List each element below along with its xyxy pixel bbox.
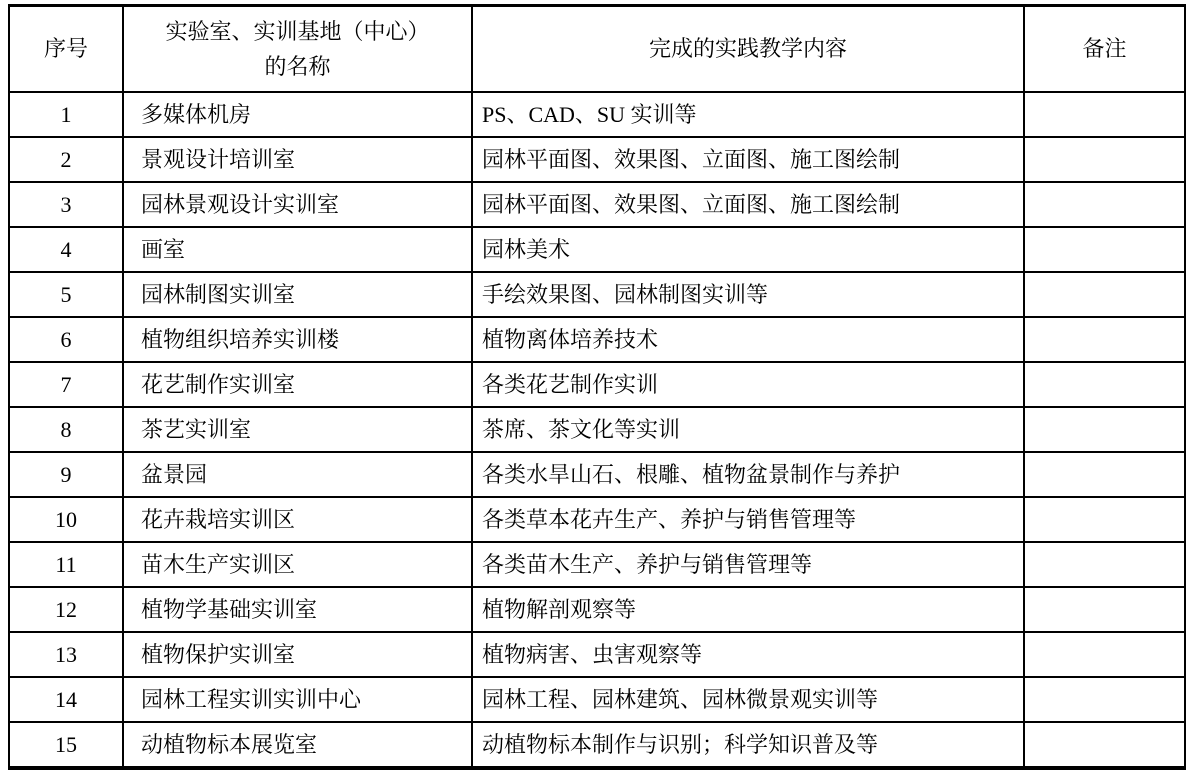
table-header: 序号 实验室、实训基地（中心） 的名称 完成的实践教学内容 备注 [9, 6, 1185, 93]
row-no: 14 [9, 677, 123, 722]
row-no: 10 [9, 497, 123, 542]
row-remark [1024, 92, 1185, 137]
table-row: 8 茶艺实训室 茶席、茶文化等实训 [9, 407, 1185, 452]
table-row: 11 苗木生产实训区 各类苗木生产、养护与销售管理等 [9, 542, 1185, 587]
row-content: 植物离体培养技术 [472, 317, 1024, 362]
row-remark [1024, 227, 1185, 272]
row-name: 画室 [123, 227, 472, 272]
table-body: 1 多媒体机房 PS、CAD、SU 实训等 2 景观设计培训室 园林平面图、效果… [9, 92, 1185, 768]
header-content: 完成的实践教学内容 [472, 6, 1024, 93]
header-remark: 备注 [1024, 6, 1185, 93]
row-content: 园林美术 [472, 227, 1024, 272]
row-no: 7 [9, 362, 123, 407]
header-row: 序号 实验室、实训基地（中心） 的名称 完成的实践教学内容 备注 [9, 6, 1185, 93]
table-row: 13 植物保护实训室 植物病害、虫害观察等 [9, 632, 1185, 677]
row-remark [1024, 137, 1185, 182]
row-content: 园林平面图、效果图、立面图、施工图绘制 [472, 182, 1024, 227]
row-no: 9 [9, 452, 123, 497]
row-content: 手绘效果图、园林制图实训等 [472, 272, 1024, 317]
row-remark [1024, 317, 1185, 362]
row-remark [1024, 272, 1185, 317]
row-remark [1024, 407, 1185, 452]
row-name: 苗木生产实训区 [123, 542, 472, 587]
row-content: 各类草本花卉生产、养护与销售管理等 [472, 497, 1024, 542]
row-content: 园林工程、园林建筑、园林微景观实训等 [472, 677, 1024, 722]
row-name: 盆景园 [123, 452, 472, 497]
row-content: 各类花艺制作实训 [472, 362, 1024, 407]
row-name: 园林制图实训室 [123, 272, 472, 317]
row-remark [1024, 542, 1185, 587]
header-name: 实验室、实训基地（中心） 的名称 [123, 6, 472, 93]
table-row: 14 园林工程实训实训中心 园林工程、园林建筑、园林微景观实训等 [9, 677, 1185, 722]
header-name-line2: 的名称 [124, 49, 471, 84]
row-name: 植物组织培养实训楼 [123, 317, 472, 362]
row-no: 12 [9, 587, 123, 632]
row-name: 动植物标本展览室 [123, 722, 472, 768]
row-no: 6 [9, 317, 123, 362]
table-row: 6 植物组织培养实训楼 植物离体培养技术 [9, 317, 1185, 362]
row-name: 多媒体机房 [123, 92, 472, 137]
table-row: 10 花卉栽培实训区 各类草本花卉生产、养护与销售管理等 [9, 497, 1185, 542]
header-no: 序号 [9, 6, 123, 93]
row-remark [1024, 182, 1185, 227]
row-content: 植物解剖观察等 [472, 587, 1024, 632]
row-name: 园林景观设计实训室 [123, 182, 472, 227]
row-no: 3 [9, 182, 123, 227]
row-content: 各类苗木生产、养护与销售管理等 [472, 542, 1024, 587]
row-name: 茶艺实训室 [123, 407, 472, 452]
table-row: 7 花艺制作实训室 各类花艺制作实训 [9, 362, 1185, 407]
row-no: 5 [9, 272, 123, 317]
row-name: 景观设计培训室 [123, 137, 472, 182]
row-content: 各类水旱山石、根雕、植物盆景制作与养护 [472, 452, 1024, 497]
row-name: 植物保护实训室 [123, 632, 472, 677]
row-remark [1024, 722, 1185, 768]
row-remark [1024, 497, 1185, 542]
table-row: 3 园林景观设计实训室 园林平面图、效果图、立面图、施工图绘制 [9, 182, 1185, 227]
row-content: 园林平面图、效果图、立面图、施工图绘制 [472, 137, 1024, 182]
row-remark [1024, 677, 1185, 722]
table-row: 2 景观设计培训室 园林平面图、效果图、立面图、施工图绘制 [9, 137, 1185, 182]
row-remark [1024, 632, 1185, 677]
table-row: 1 多媒体机房 PS、CAD、SU 实训等 [9, 92, 1185, 137]
row-no: 2 [9, 137, 123, 182]
table-row: 15 动植物标本展览室 动植物标本制作与识别；科学知识普及等 [9, 722, 1185, 768]
row-name: 花艺制作实训室 [123, 362, 472, 407]
table-row: 5 园林制图实训室 手绘效果图、园林制图实训等 [9, 272, 1185, 317]
row-no: 11 [9, 542, 123, 587]
row-name: 植物学基础实训室 [123, 587, 472, 632]
table-row: 9 盆景园 各类水旱山石、根雕、植物盆景制作与养护 [9, 452, 1185, 497]
row-no: 13 [9, 632, 123, 677]
table-row: 4 画室 园林美术 [9, 227, 1185, 272]
row-name: 园林工程实训实训中心 [123, 677, 472, 722]
header-name-line1: 实验室、实训基地（中心） [124, 14, 471, 49]
row-no: 1 [9, 92, 123, 137]
table-row: 12 植物学基础实训室 植物解剖观察等 [9, 587, 1185, 632]
row-content: PS、CAD、SU 实训等 [472, 92, 1024, 137]
row-no: 15 [9, 722, 123, 768]
row-content: 茶席、茶文化等实训 [472, 407, 1024, 452]
row-no: 8 [9, 407, 123, 452]
row-remark [1024, 452, 1185, 497]
row-name: 花卉栽培实训区 [123, 497, 472, 542]
row-content: 动植物标本制作与识别；科学知识普及等 [472, 722, 1024, 768]
row-no: 4 [9, 227, 123, 272]
row-remark [1024, 587, 1185, 632]
row-remark [1024, 362, 1185, 407]
document-page: 序号 实验室、实训基地（中心） 的名称 完成的实践教学内容 备注 1 多媒体机房… [0, 0, 1190, 775]
practice-teaching-table: 序号 实验室、实训基地（中心） 的名称 完成的实践教学内容 备注 1 多媒体机房… [8, 4, 1186, 770]
row-content: 植物病害、虫害观察等 [472, 632, 1024, 677]
